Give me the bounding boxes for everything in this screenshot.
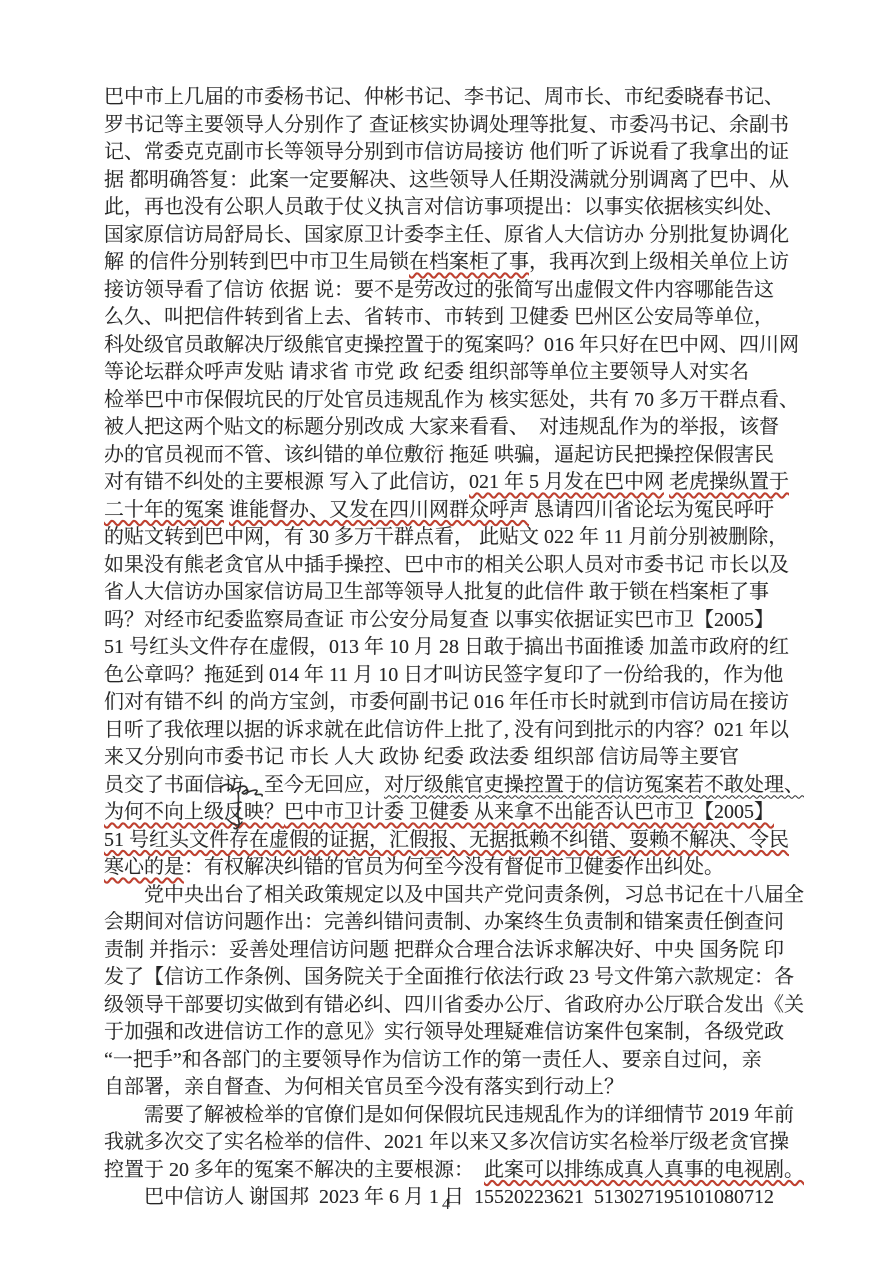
text-line: 对有错不纠处的主要根源 写入了此信访，021 年 5 月发在巴中网 老虎操纵置于 <box>104 469 804 497</box>
text-line: 检举巴中市保假坑民的厅处官员违规乱作为 核实惩处，共有 70 多万干群点看、 <box>104 387 804 415</box>
text-line: 的贴文转到巴中网，有 30 多万干群点看， 此贴文 022 年 11 月前分别被… <box>104 524 804 552</box>
text-line: 等论坛群众呼声发贴 请求省 市党 政 纪委 组织部等单位主要领导人对实名 <box>104 359 804 387</box>
text-segment: 如果没有熊老贪官从中插手操控、巴中市的相关公职人员对市委书记 市长以及 <box>104 554 789 576</box>
text-segment: 办的官员视而不管、该纠错的单位敷衍 拖延 哄骗，逼起访民把操控保假害民 <box>104 444 774 466</box>
text-segment: 国家原信访局舒局长、国家原卫计委李主任、原省人大信访办 分别批复协调化 <box>104 224 789 246</box>
scanned-document-page: 巴中市上几届的市委杨书记、仲彬书记、李书记、周市长、市纪委晓春书记、罗书记等主要… <box>0 0 892 1263</box>
text-segment: 控置于 20 多年的冤案不解决的主要根源： <box>104 1159 484 1181</box>
underlined-text-segment: 对厅级熊官吏操控置于的信访冤案若不敢处理、 <box>384 774 804 796</box>
page-number: 4 <box>0 1196 892 1214</box>
text-segment: 51 号红头文件存在虚假，013 年 10 月 28 日敢于搞出书面推诿 加盖市… <box>104 636 789 658</box>
text-segment: 等论坛群众呼声发贴 请求省 市党 政 纪委 组织部等单位主要领导人对实名 <box>104 361 749 383</box>
text-line: 省人大信访办国家信访局卫生部等领导人批复的此信件 敢于锁在档案柜了事 <box>104 579 804 607</box>
text-segment: 需要了解被检举的官僚们是如何保假坑民违规乱作为的详细情节 2019 年前 <box>144 1104 794 1126</box>
text-segment: 责制 并指示：妥善处理信访问题 把群众合理合法诉求解决好、中央 国务院 印 <box>104 939 784 961</box>
text-line: 如果没有熊老贪官从中插手操控、巴中市的相关公职人员对市委书记 市长以及 <box>104 552 804 580</box>
text-segment: 恳请四川省论坛为冤民呼吁 <box>529 499 774 521</box>
text-segment: 吗？对经市纪委监察局查证 市公安分局复查 以事实依据证实巴市卫【2005】 <box>104 609 774 631</box>
text-segment: ，我再次到上级相关单位上访 <box>529 251 789 273</box>
text-segment: 据 都明确答复：此案一定要解决、这些领导人任期没满就分别调离了巴中、从 <box>104 169 789 191</box>
text-line: 被人把这两个贴文的标题分别改成 大家来看看、 对违规乱作为的举报，该督 <box>104 414 804 442</box>
text-segment: 科处级官员敢解决厅级熊官吏操控置于的冤案吗？016 年只好在巴中网、四川网 <box>104 334 799 356</box>
underlined-text-segment: 021 年 5 月发在巴中网 <box>469 471 664 493</box>
text-segment: 接访领导看了信访 依据 说：要不是劳改过的张简写出虚假文件内容哪能告这 <box>104 279 774 301</box>
text-line: 接访领导看了信访 依据 说：要不是劳改过的张简写出虚假文件内容哪能告这 <box>104 277 804 305</box>
text-line: 罗书记等主要领导人分别作了 查证核实协调处理等批复、市委冯书记、余副书 <box>104 112 804 140</box>
text-segment: 检举巴中市保假坑民的厅处官员违规乱作为 核实惩处，共有 70 多万干群点看、 <box>104 389 799 411</box>
text-line: 我就多次交了实名检举的信件、2021 年以来又多次信访实名检举厅级老贪官操 <box>104 1129 804 1157</box>
text-line: 据 都明确答复：此案一定要解决、这些领导人任期没满就分别调离了巴中、从 <box>104 167 804 195</box>
text-segment: 自部署，亲自督查、为何相关官员至今没有落实到行动上？ <box>104 1076 624 1098</box>
underlined-text-segment: 51 号红头文件存在虚假的证据，汇假报、无据抵赖不纠错、耍赖不解决、令民 <box>104 829 789 851</box>
text-segment: 解 的信件分别转到巴中市卫生局锁 <box>104 251 409 273</box>
text-segment: 来又分别向市委书记 市长 人大 政协 纪委 政法委 组织部 信访局等主要官 <box>104 746 739 768</box>
text-segment: 员交了书面信访，至今无回应， <box>104 774 384 796</box>
text-segment: 会期间对信访问题作出：完善纠错问责制、办案终生负责制和错案责任倒查问 <box>104 911 784 933</box>
text-segment: 我就多次交了实名检举的信件、2021 年以来又多次信访实名检举厅级老贪官操 <box>104 1131 789 1153</box>
text-line: 来又分别向市委书记 市长 人大 政协 纪委 政法委 组织部 信访局等主要官 <box>104 744 804 772</box>
text-line: 51 号红头文件存在虚假，013 年 10 月 28 日敢于搞出书面推诿 加盖市… <box>104 634 804 662</box>
text-segment: 色公章吗？拖延到 014 年 11 月 10 日才叫访民签字复印了一份给我的，作… <box>104 664 783 686</box>
text-line: 控置于 20 多年的冤案不解决的主要根源： 此案可以排练成真人真事的电视剧。 <box>104 1157 804 1185</box>
underlined-text-segment: 此案可以排练成真人真事的电视剧。 <box>484 1159 804 1181</box>
text-line: 此，再也没有公职人员敢于仗义执言对信访事项提出：以事实依据核实纠处、 <box>104 194 804 222</box>
text-line: 51 号红头文件存在虚假的证据，汇假报、无据抵赖不纠错、耍赖不解决、令民 <box>104 827 804 855</box>
text-line: 记、常委克克副市长等领导分别到市信访局接访 他们听了诉说看了我拿出的证 <box>104 139 804 167</box>
text-line: 色公章吗？拖延到 014 年 11 月 10 日才叫访民签字复印了一份给我的，作… <box>104 662 804 690</box>
text-line: 寒心的是：有权解决纠错的官员为何至今没有督促市卫健委作出纠处。 <box>104 854 804 882</box>
text-line: 么久、叫把信件转到省上去、省转市、市转到 卫健委 巴州区公安局等单位， <box>104 304 804 332</box>
text-line: 会期间对信访问题作出：完善纠错问责制、办案终生负责制和错案责任倒查问 <box>104 909 804 937</box>
text-segment: 级领导干部要切实做到有错必纠、四川省委办公厅、省政府办公厅联合发出《关 <box>104 994 804 1016</box>
underlined-text-segment: 为何不向上级反映？ <box>104 801 284 823</box>
text-segment: 巴中市上几届的市委杨书记、仲彬书记、李书记、周市长、市纪委晓春书记、 <box>104 86 784 108</box>
text-line: 自部署，亲自督查、为何相关官员至今没有落实到行动上？ <box>104 1074 804 1102</box>
text-line: 国家原信访局舒局长、国家原卫计委李主任、原省人大信访办 分别批复协调化 <box>104 222 804 250</box>
text-segment: ：有权解决纠错的官员为何至今没有督促市卫健委作出纠处。 <box>184 856 724 878</box>
underlined-text-segment: 二十年的冤案 <box>104 499 224 521</box>
text-segment: 对有错不纠处的主要根源 写入了此信访， <box>104 471 469 493</box>
text-line: 办的官员视而不管、该纠错的单位敷衍 拖延 哄骗，逼起访民把操控保假害民 <box>104 442 804 470</box>
text-line: 解 的信件分别转到巴中市卫生局锁在档案柜了事，我再次到上级相关单位上访 <box>104 249 804 277</box>
text-line: 级领导干部要切实做到有错必纠、四川省委办公厅、省政府办公厅联合发出《关 <box>104 992 804 1020</box>
text-line: 党中央出台了相关政策规定以及中国共产党问责条例，习总书记在十八届全 <box>104 882 804 910</box>
text-segment: 被人把这两个贴文的标题分别改成 大家来看看、 对违规乱作为的举报，该督 <box>104 416 779 438</box>
text-segment: “一把手”和各部门的主要领导作为信访工作的第一责任人、要亲自过问，亲 <box>104 1049 762 1071</box>
text-segment: 么久、叫把信件转到省上去、省转市、市转到 卫健委 巴州区公安局等单位， <box>104 306 774 328</box>
text-line: 责制 并指示：妥善处理信访问题 把群众合理合法诉求解决好、中央 国务院 印 <box>104 937 804 965</box>
text-line: 科处级官员敢解决厅级熊官吏操控置于的冤案吗？016 年只好在巴中网、四川网 <box>104 332 804 360</box>
text-segment: 此，再也没有公职人员敢于仗义执言对信访事项提出：以事实依据核实纠处、 <box>104 196 784 218</box>
text-line: 吗？对经市纪委监察局查证 市公安分局复查 以事实依据证实巴市卫【2005】 <box>104 607 804 635</box>
text-line: 员交了书面信访，至今无回应，对厅级熊官吏操控置于的信访冤案若不敢处理、 <box>104 772 804 800</box>
text-segment: 省人大信访办国家信访局卫生部等领导人批复的此信件 敢于锁在档案柜了事 <box>104 581 769 603</box>
underlined-text-segment: 巴中市卫计委 卫健委 从来拿不出能否认巴市卫【2005】 <box>284 801 774 823</box>
text-segment: 的贴文转到巴中网，有 30 多万干群点看， 此贴文 022 年 11 月前分别被… <box>104 526 788 548</box>
text-line: 发了【信访工作条例、国务院关于全面推行依法行政 23 号文件第六款规定：各 <box>104 964 804 992</box>
text-line: 巴中市上几届的市委杨书记、仲彬书记、李书记、周市长、市纪委晓春书记、 <box>104 84 804 112</box>
text-line: 为何不向上级反映？巴中市卫计委 卫健委 从来拿不出能否认巴市卫【2005】 <box>104 799 804 827</box>
text-segment: 记、常委克克副市长等领导分别到市信访局接访 他们听了诉说看了我拿出的证 <box>104 141 789 163</box>
text-segment: 发了【信访工作条例、国务院关于全面推行依法行政 23 号文件第六款规定：各 <box>104 966 794 988</box>
text-segment: 罗书记等主要领导人分别作了 查证核实协调处理等批复、市委冯书记、余副书 <box>104 114 789 136</box>
text-line: 需要了解被检举的官僚们是如何保假坑民违规乱作为的详细情节 2019 年前 <box>104 1102 804 1130</box>
text-line: 们对有错不纠 的尚方宝剑，市委何副书记 016 年任市长时就到市信访局在接访 <box>104 689 804 717</box>
text-line: 二十年的冤案 谁能督办、又发在四川网群众呼声 恳请四川省论坛为冤民呼吁 <box>104 497 804 525</box>
text-segment: 日听了我依理以据的诉求就在此信访件上批了, 没有问到批示的内容？021 年以 <box>104 719 789 741</box>
underlined-text-segment: 寒心的是 <box>104 856 184 878</box>
text-segment: 们对有错不纠 的尚方宝剑，市委何副书记 016 年任市长时就到市信访局在接访 <box>104 691 789 713</box>
text-line: 于加强和改进信访工作的意见》实行领导处理疑难信访案件包案制，各级党政 <box>104 1019 804 1047</box>
text-segment: 于加强和改进信访工作的意见》实行领导处理疑难信访案件包案制，各级党政 <box>104 1021 784 1043</box>
underlined-text-segment: 老虎操纵置于 <box>669 471 789 493</box>
text-line: “一把手”和各部门的主要领导作为信访工作的第一责任人、要亲自过问，亲 <box>104 1047 804 1075</box>
text-segment: 党中央出台了相关政策规定以及中国共产党问责条例，习总书记在十八届全 <box>144 884 804 906</box>
document-body: 巴中市上几届的市委杨书记、仲彬书记、李书记、周市长、市纪委晓春书记、罗书记等主要… <box>104 84 804 1212</box>
underlined-text-segment: 在档案柜了事 <box>409 251 529 273</box>
text-line: 日听了我依理以据的诉求就在此信访件上批了, 没有问到批示的内容？021 年以 <box>104 717 804 745</box>
underlined-text-segment: 谁能督办、又发在四川网群众呼声 <box>229 499 529 521</box>
